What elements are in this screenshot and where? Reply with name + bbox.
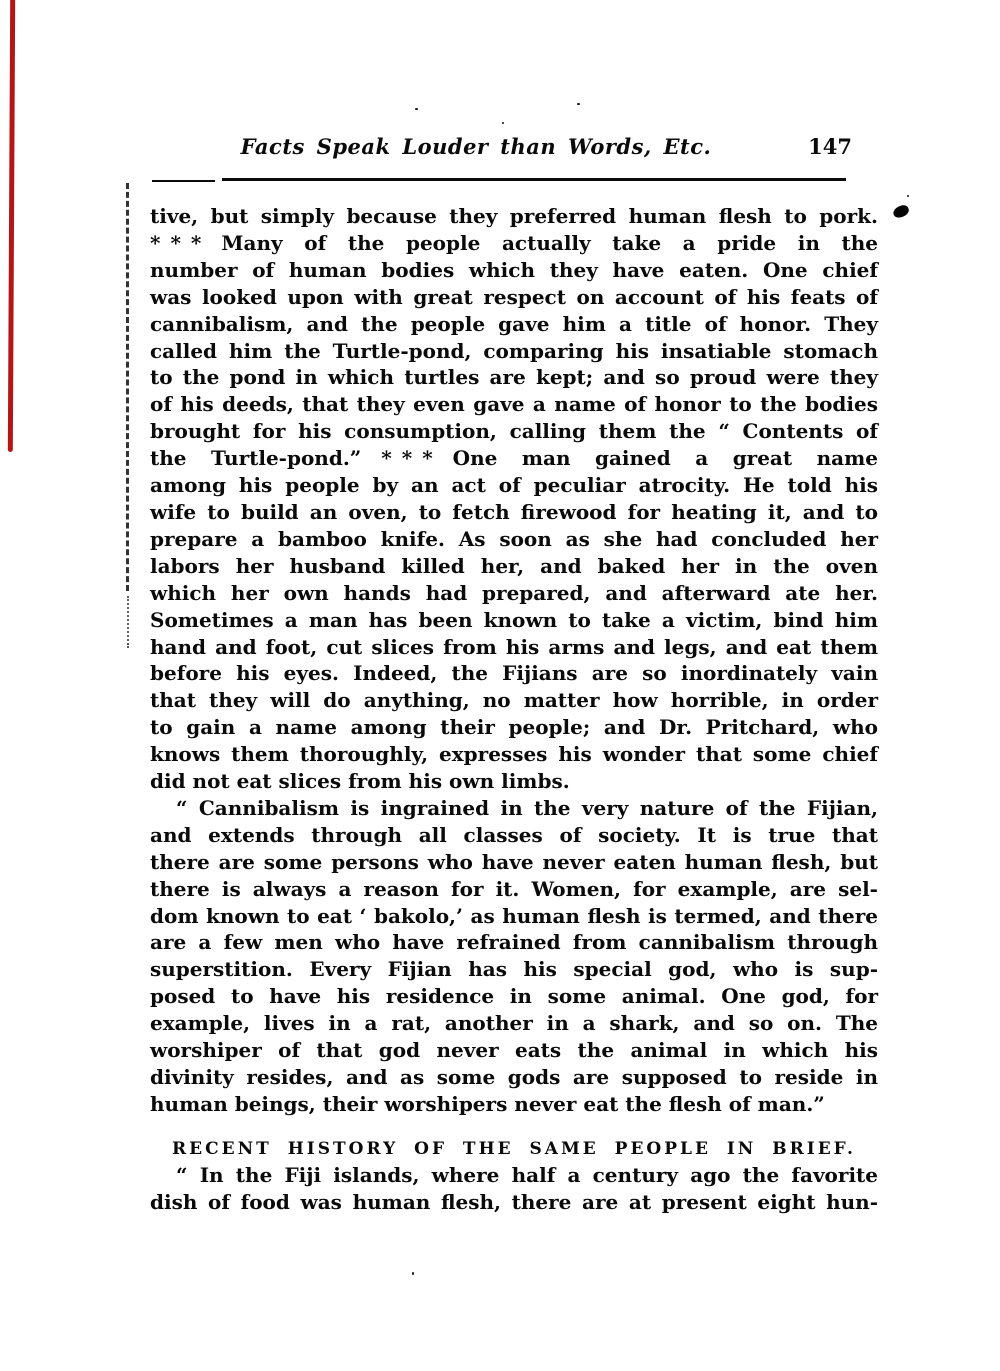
text-line: Sometimes a man has been known to take a… <box>150 607 878 634</box>
red-margin-line-artifact <box>8 0 15 452</box>
text-line: “ Cannibalism is ingrained in the very n… <box>150 795 878 822</box>
speck-artifact <box>412 1272 414 1275</box>
book-page: Facts Speak Louder than Words, Etc. 147 … <box>0 0 1000 1371</box>
speck-artifact <box>577 103 580 105</box>
text-line: worshiper of that god never eats the ani… <box>150 1037 878 1064</box>
text-line: and extends through all classes of socie… <box>150 822 878 849</box>
text-line: to gain a name among their people; and D… <box>150 714 878 741</box>
speck-artifact <box>502 122 504 124</box>
text-line: number of human bodies which they have e… <box>150 257 878 284</box>
body-text-continued: “ In the Fiji islands, where half a cent… <box>150 1162 878 1216</box>
body-text: tive, but simply because they preferred … <box>150 203 878 1118</box>
text-line: before his eyes. Indeed, the Fijians are… <box>150 660 878 687</box>
text-line: which her own hands had prepared, and af… <box>150 580 878 607</box>
text-line: labors her husband killed her, and baked… <box>150 553 878 580</box>
text-line: the Turtle-pond.” * * * One man gained a… <box>150 445 878 472</box>
text-line: to the pond in which turtles are kept; a… <box>150 364 878 391</box>
text-line: knows them thoroughly, expresses his won… <box>150 741 878 768</box>
text-line: there are some persons who have never ea… <box>150 849 878 876</box>
text-line: prepare a bamboo knife. As soon as she h… <box>150 526 878 553</box>
text-line: divinity resides, and as some gods are s… <box>150 1064 878 1091</box>
page-title: Facts Speak Louder than Words, Etc. <box>150 134 878 159</box>
text-line: was looked upon with great respect on ac… <box>150 284 878 311</box>
speck-artifact <box>907 195 909 197</box>
text-line: * * * Many of the people actually take a… <box>150 230 878 257</box>
text-line: called him the Turtle-pond, comparing hi… <box>150 338 878 365</box>
text-line: brought for his consumption, calling the… <box>150 418 878 445</box>
section-heading: RECENT HISTORY OF THE SAME PEOPLE IN BRI… <box>150 1139 878 1159</box>
running-header: Facts Speak Louder than Words, Etc. 147 <box>150 134 878 168</box>
text-line: dish of food was human flesh, there are … <box>150 1189 878 1216</box>
text-line: of his deeds, that they even gave a name… <box>150 391 878 418</box>
text-line: human beings, their worshipers never eat… <box>150 1091 878 1118</box>
text-line: wife to build an oven, to fetch firewood… <box>150 499 878 526</box>
text-line: did not eat slices from his own limbs. <box>150 768 878 795</box>
text-line: posed to have his residence in some anim… <box>150 983 878 1010</box>
text-line: example, lives in a rat, another in a sh… <box>150 1010 878 1037</box>
text-line: among his people by an act of peculiar a… <box>150 472 878 499</box>
ink-blot-artifact <box>892 203 911 219</box>
speck-artifact <box>415 108 418 110</box>
text-line: that they will do anything, no matter ho… <box>150 687 878 714</box>
dashed-fold-line-artifact <box>126 183 129 591</box>
dashed-fold-line-artifact-lower <box>127 596 129 648</box>
header-rule-main <box>222 178 846 181</box>
text-line: hand and foot, cut slices from his arms … <box>150 634 878 661</box>
text-line: cannibalism, and the people gave him a t… <box>150 311 878 338</box>
header-rule-left <box>152 180 215 182</box>
text-line: tive, but simply because they preferred … <box>150 203 878 230</box>
text-line: there is always a reason for it. Women, … <box>150 876 878 903</box>
page-number: 147 <box>808 134 852 159</box>
text-line: superstition. Every Fijian has his speci… <box>150 956 878 983</box>
text-line: “ In the Fiji islands, where half a cent… <box>150 1162 878 1189</box>
text-line: dom known to eat ‘ bakolo,’ as human fle… <box>150 903 878 930</box>
text-line: are a few men who have refrained from ca… <box>150 929 878 956</box>
